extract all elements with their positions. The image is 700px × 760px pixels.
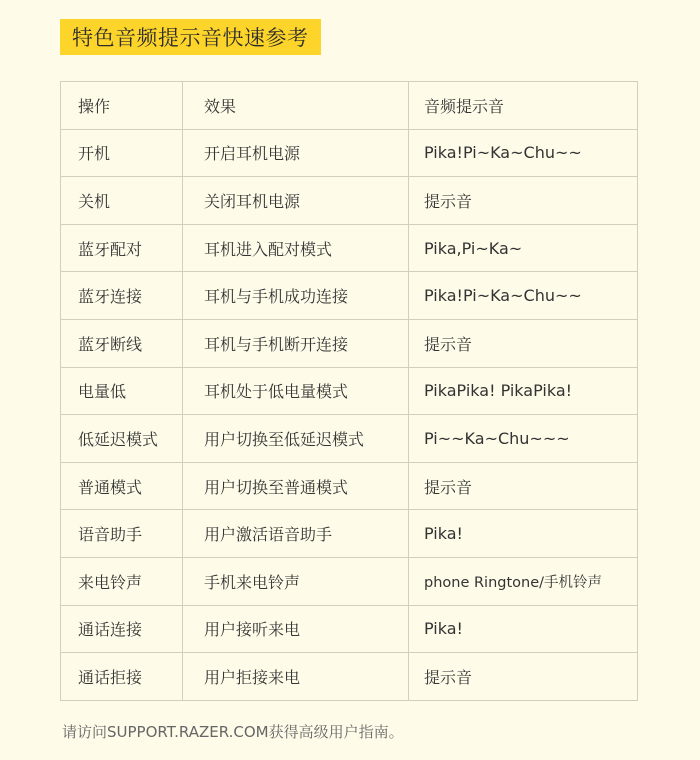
- cell-effect: 耳机与手机断开连接: [183, 319, 409, 367]
- cell-audio-cue: Pi~~Ka~Chu~~~: [409, 415, 638, 463]
- cell-effect: 开启耳机电源: [183, 129, 409, 177]
- cell-action: 电量低: [61, 367, 183, 415]
- table-row: 通话拒接 用户拒接来电 提示音: [61, 653, 638, 701]
- cell-action: 通话拒接: [61, 653, 183, 701]
- cell-action: 低延迟模式: [61, 415, 183, 463]
- cell-action: 语音助手: [61, 510, 183, 558]
- cell-effect: 手机来电铃声: [183, 557, 409, 605]
- table-row: 通话连接 用户接听来电 Pika!: [61, 605, 638, 653]
- cell-audio-cue: Pika!: [409, 510, 638, 558]
- cell-effect: 用户激活语音助手: [183, 510, 409, 558]
- cell-audio-cue: 提示音: [409, 319, 638, 367]
- header-action: 操作: [61, 82, 183, 130]
- table-row: 蓝牙配对 耳机进入配对模式 Pika,Pi~Ka~: [61, 224, 638, 272]
- table-row: 语音助手 用户激活语音助手 Pika!: [61, 510, 638, 558]
- cell-action: 蓝牙配对: [61, 224, 183, 272]
- cell-action: 开机: [61, 129, 183, 177]
- header-effect: 效果: [183, 82, 409, 130]
- cell-audio-cue: Pika!Pi~Ka~Chu~~: [409, 272, 638, 320]
- table-row: 蓝牙断线 耳机与手机断开连接 提示音: [61, 319, 638, 367]
- table-row: 电量低 耳机处于低电量模式 PikaPika! PikaPika!: [61, 367, 638, 415]
- cell-audio-cue: 提示音: [409, 653, 638, 701]
- cell-action: 关机: [61, 177, 183, 225]
- table-row: 低延迟模式 用户切换至低延迟模式 Pi~~Ka~Chu~~~: [61, 415, 638, 463]
- cell-audio-cue: Pika!Pi~Ka~Chu~~: [409, 129, 638, 177]
- table-row: 开机 开启耳机电源 Pika!Pi~Ka~Chu~~: [61, 129, 638, 177]
- table-row: 来电铃声 手机来电铃声 phone Ringtone/手机铃声: [61, 557, 638, 605]
- cell-action: 来电铃声: [61, 557, 183, 605]
- cell-audio-cue: 提示音: [409, 177, 638, 225]
- cell-action: 蓝牙断线: [61, 319, 183, 367]
- support-note: 请访问SUPPORT.RAZER.COM获得高级用户指南。: [62, 721, 404, 742]
- cell-effect: 关闭耳机电源: [183, 177, 409, 225]
- cell-audio-cue: phone Ringtone/手机铃声: [409, 557, 638, 605]
- cell-audio-cue: 提示音: [409, 462, 638, 510]
- header-audio-cue: 音频提示音: [409, 82, 638, 130]
- table-header-row: 操作 效果 音频提示音: [61, 82, 638, 130]
- cell-effect: 耳机进入配对模式: [183, 224, 409, 272]
- table-row: 蓝牙连接 耳机与手机成功连接 Pika!Pi~Ka~Chu~~: [61, 272, 638, 320]
- page-title: 特色音频提示音快速参考: [60, 19, 321, 55]
- audio-cue-reference-table: 操作 效果 音频提示音 开机 开启耳机电源 Pika!Pi~Ka~Chu~~ 关…: [60, 81, 638, 701]
- cell-effect: 用户接听来电: [183, 605, 409, 653]
- cell-effect: 用户拒接来电: [183, 653, 409, 701]
- cell-action: 普通模式: [61, 462, 183, 510]
- cell-action: 通话连接: [61, 605, 183, 653]
- cell-effect: 耳机与手机成功连接: [183, 272, 409, 320]
- cell-audio-cue: PikaPika! PikaPika!: [409, 367, 638, 415]
- table-row: 关机 关闭耳机电源 提示音: [61, 177, 638, 225]
- cell-audio-cue: Pika!: [409, 605, 638, 653]
- cell-effect: 耳机处于低电量模式: [183, 367, 409, 415]
- cell-effect: 用户切换至普通模式: [183, 462, 409, 510]
- cell-effect: 用户切换至低延迟模式: [183, 415, 409, 463]
- cell-action: 蓝牙连接: [61, 272, 183, 320]
- table-row: 普通模式 用户切换至普通模式 提示音: [61, 462, 638, 510]
- cell-audio-cue: Pika,Pi~Ka~: [409, 224, 638, 272]
